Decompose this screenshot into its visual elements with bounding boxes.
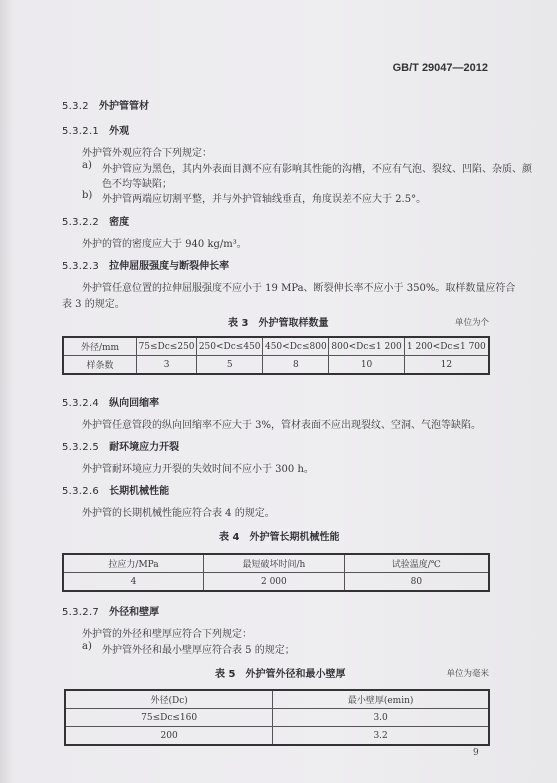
table-cell: 10: [329, 356, 404, 375]
table5-unit: 单位为毫米: [446, 667, 489, 679]
table-cell: 1 200<Dc≤1 700: [404, 337, 489, 356]
paragraph: 外护管任意位置的拉伸屈服强度不应小于 19 MPa、断裂伸长率不应小于 350%…: [82, 279, 515, 294]
paragraph: 外护管耐环境应力开裂的失效时间不应小于 300 h。: [82, 460, 314, 475]
table-cell: 250<Dc≤450: [197, 337, 263, 356]
section-number: 5.3.2.6: [62, 486, 99, 497]
table-cell: 8: [263, 356, 329, 375]
table-cell: 3: [137, 356, 197, 375]
standard-number: GB/T 29047—2012: [393, 62, 488, 74]
section-title: 耐环境应力开裂: [109, 442, 179, 453]
table4-caption: 表 4 外护管长期机械性能: [219, 528, 339, 543]
section-number: 5.3.2.1: [62, 126, 99, 137]
table-row: 4 2 000 80: [63, 573, 489, 592]
table3-caption: 表 3 外护管取样数量: [228, 314, 328, 329]
table-cell: 75≤Dc≤160: [65, 709, 273, 727]
heading-5-3-2-3: 5.3.2.3拉伸屈服强度与断裂伸长率: [62, 257, 229, 272]
table4: 拉应力/MPa 最短破坏时间/h 试验温度/℃ 4 2 000 80: [62, 553, 490, 592]
heading-5-3-2-2: 5.3.2.2密度: [62, 213, 129, 228]
table-header-row: 外径(Dc) 最小壁厚(emin): [65, 690, 489, 709]
table-cell: 4: [63, 573, 204, 592]
page-number: 9: [473, 748, 479, 758]
table-row: 200 3.2: [65, 727, 489, 746]
paragraph: 外护管任意管段的纵向回缩率不应大于 3%，管材表面不应出现裂纹、空洞、气泡等缺陷…: [82, 416, 481, 431]
heading-5-3-2-4: 5.3.2.4纵向回缩率: [62, 394, 159, 409]
list-item-b: 外护管两端应切割平整，并与外护管轴线垂直，角度误差不应大于 2.5°。: [102, 190, 426, 205]
table-cell: 450<Dc≤800: [263, 337, 329, 356]
table-cell: 最短破坏时间/h: [204, 554, 345, 573]
heading-5-3-2-6: 5.3.2.6长期机械性能: [62, 482, 169, 497]
paragraph: 外护管的长期机械性能应符合表 4 的规定。: [82, 504, 275, 519]
table-row: 样条数 3 5 8 10 12: [63, 356, 489, 375]
section-title: 外径和壁厚: [109, 607, 159, 618]
table5-caption: 表 5 外护管外径和最小壁厚: [215, 665, 345, 680]
list-item-a: 外护管应为黑色，其内外表面目测不应有影响其性能的沟槽，不应有气泡、裂纹、凹陷、杂…: [102, 160, 532, 175]
section-number: 5.3.2: [62, 101, 89, 112]
table5: 外径(Dc) 最小壁厚(emin) 75≤Dc≤160 3.0 200 3.2: [64, 689, 490, 746]
section-title: 纵向回缩率: [109, 398, 159, 409]
list-marker: a): [82, 641, 92, 652]
table-cell: 3.2: [273, 727, 489, 746]
paragraph-cont: 表 3 的规定。: [62, 295, 125, 310]
section-number: 5.3.2.7: [62, 607, 99, 618]
table-cell: 80: [344, 573, 489, 592]
section-number: 5.3.2.2: [62, 217, 99, 228]
list-item-a: 外护管外径和最小壁厚应符合表 5 的规定；: [102, 641, 295, 656]
table-cell: 最小壁厚(emin): [273, 690, 489, 709]
table-cell: 样条数: [63, 356, 137, 375]
heading-5-3-2: 5.3.2外护管管材: [62, 97, 149, 112]
heading-5-3-2-1: 5.3.2.1外观: [62, 122, 129, 137]
table-header-row: 外径/mm 75≤Dc≤250 250<Dc≤450 450<Dc≤800 80…: [63, 337, 489, 356]
list-marker: a): [82, 160, 92, 171]
section-title: 密度: [109, 217, 129, 228]
document-page: GB/T 29047—2012 5.3.2外护管管材 5.3.2.1外观 外护管…: [0, 0, 557, 783]
table-cell: 3.0: [273, 709, 489, 727]
list-marker: b): [82, 190, 92, 201]
table-cell: 800<Dc≤1 200: [329, 337, 404, 356]
section-number: 5.3.2.3: [62, 261, 99, 272]
table-cell: 外径(Dc): [65, 690, 273, 709]
table-cell: 试验温度/℃: [344, 554, 489, 573]
paragraph: 外护的管的密度应大于 940 kg/m³。: [82, 235, 247, 250]
section-number: 5.3.2.5: [62, 442, 99, 453]
table-cell: 拉应力/MPa: [63, 554, 204, 573]
table3-unit: 单位为个: [455, 316, 489, 328]
section-title: 外观: [109, 126, 129, 137]
table-cell: 75≤Dc≤250: [137, 337, 197, 356]
table-header-row: 拉应力/MPa 最短破坏时间/h 试验温度/℃: [63, 554, 489, 573]
table-cell: 2 000: [204, 573, 345, 592]
section-title: 拉伸屈服强度与断裂伸长率: [109, 261, 229, 272]
heading-5-3-2-5: 5.3.2.5耐环境应力开裂: [62, 438, 179, 453]
table3: 外径/mm 75≤Dc≤250 250<Dc≤450 450<Dc≤800 80…: [62, 336, 490, 375]
list-item-a-cont: 色不均等缺陷；: [102, 175, 172, 190]
table-cell: 12: [404, 356, 489, 375]
paragraph: 外护管的外径和壁厚应符合下列规定：: [82, 625, 252, 640]
table-cell: 5: [197, 356, 263, 375]
section-number: 5.3.2.4: [62, 398, 99, 409]
table-cell: 200: [65, 727, 273, 746]
section-title: 长期机械性能: [109, 486, 169, 497]
table-row: 75≤Dc≤160 3.0: [65, 709, 489, 727]
table-cell: 外径/mm: [63, 337, 137, 356]
paragraph: 外护管外观应符合下列规定：: [82, 144, 212, 159]
heading-5-3-2-7: 5.3.2.7外径和壁厚: [62, 603, 159, 618]
section-title: 外护管管材: [99, 101, 149, 112]
